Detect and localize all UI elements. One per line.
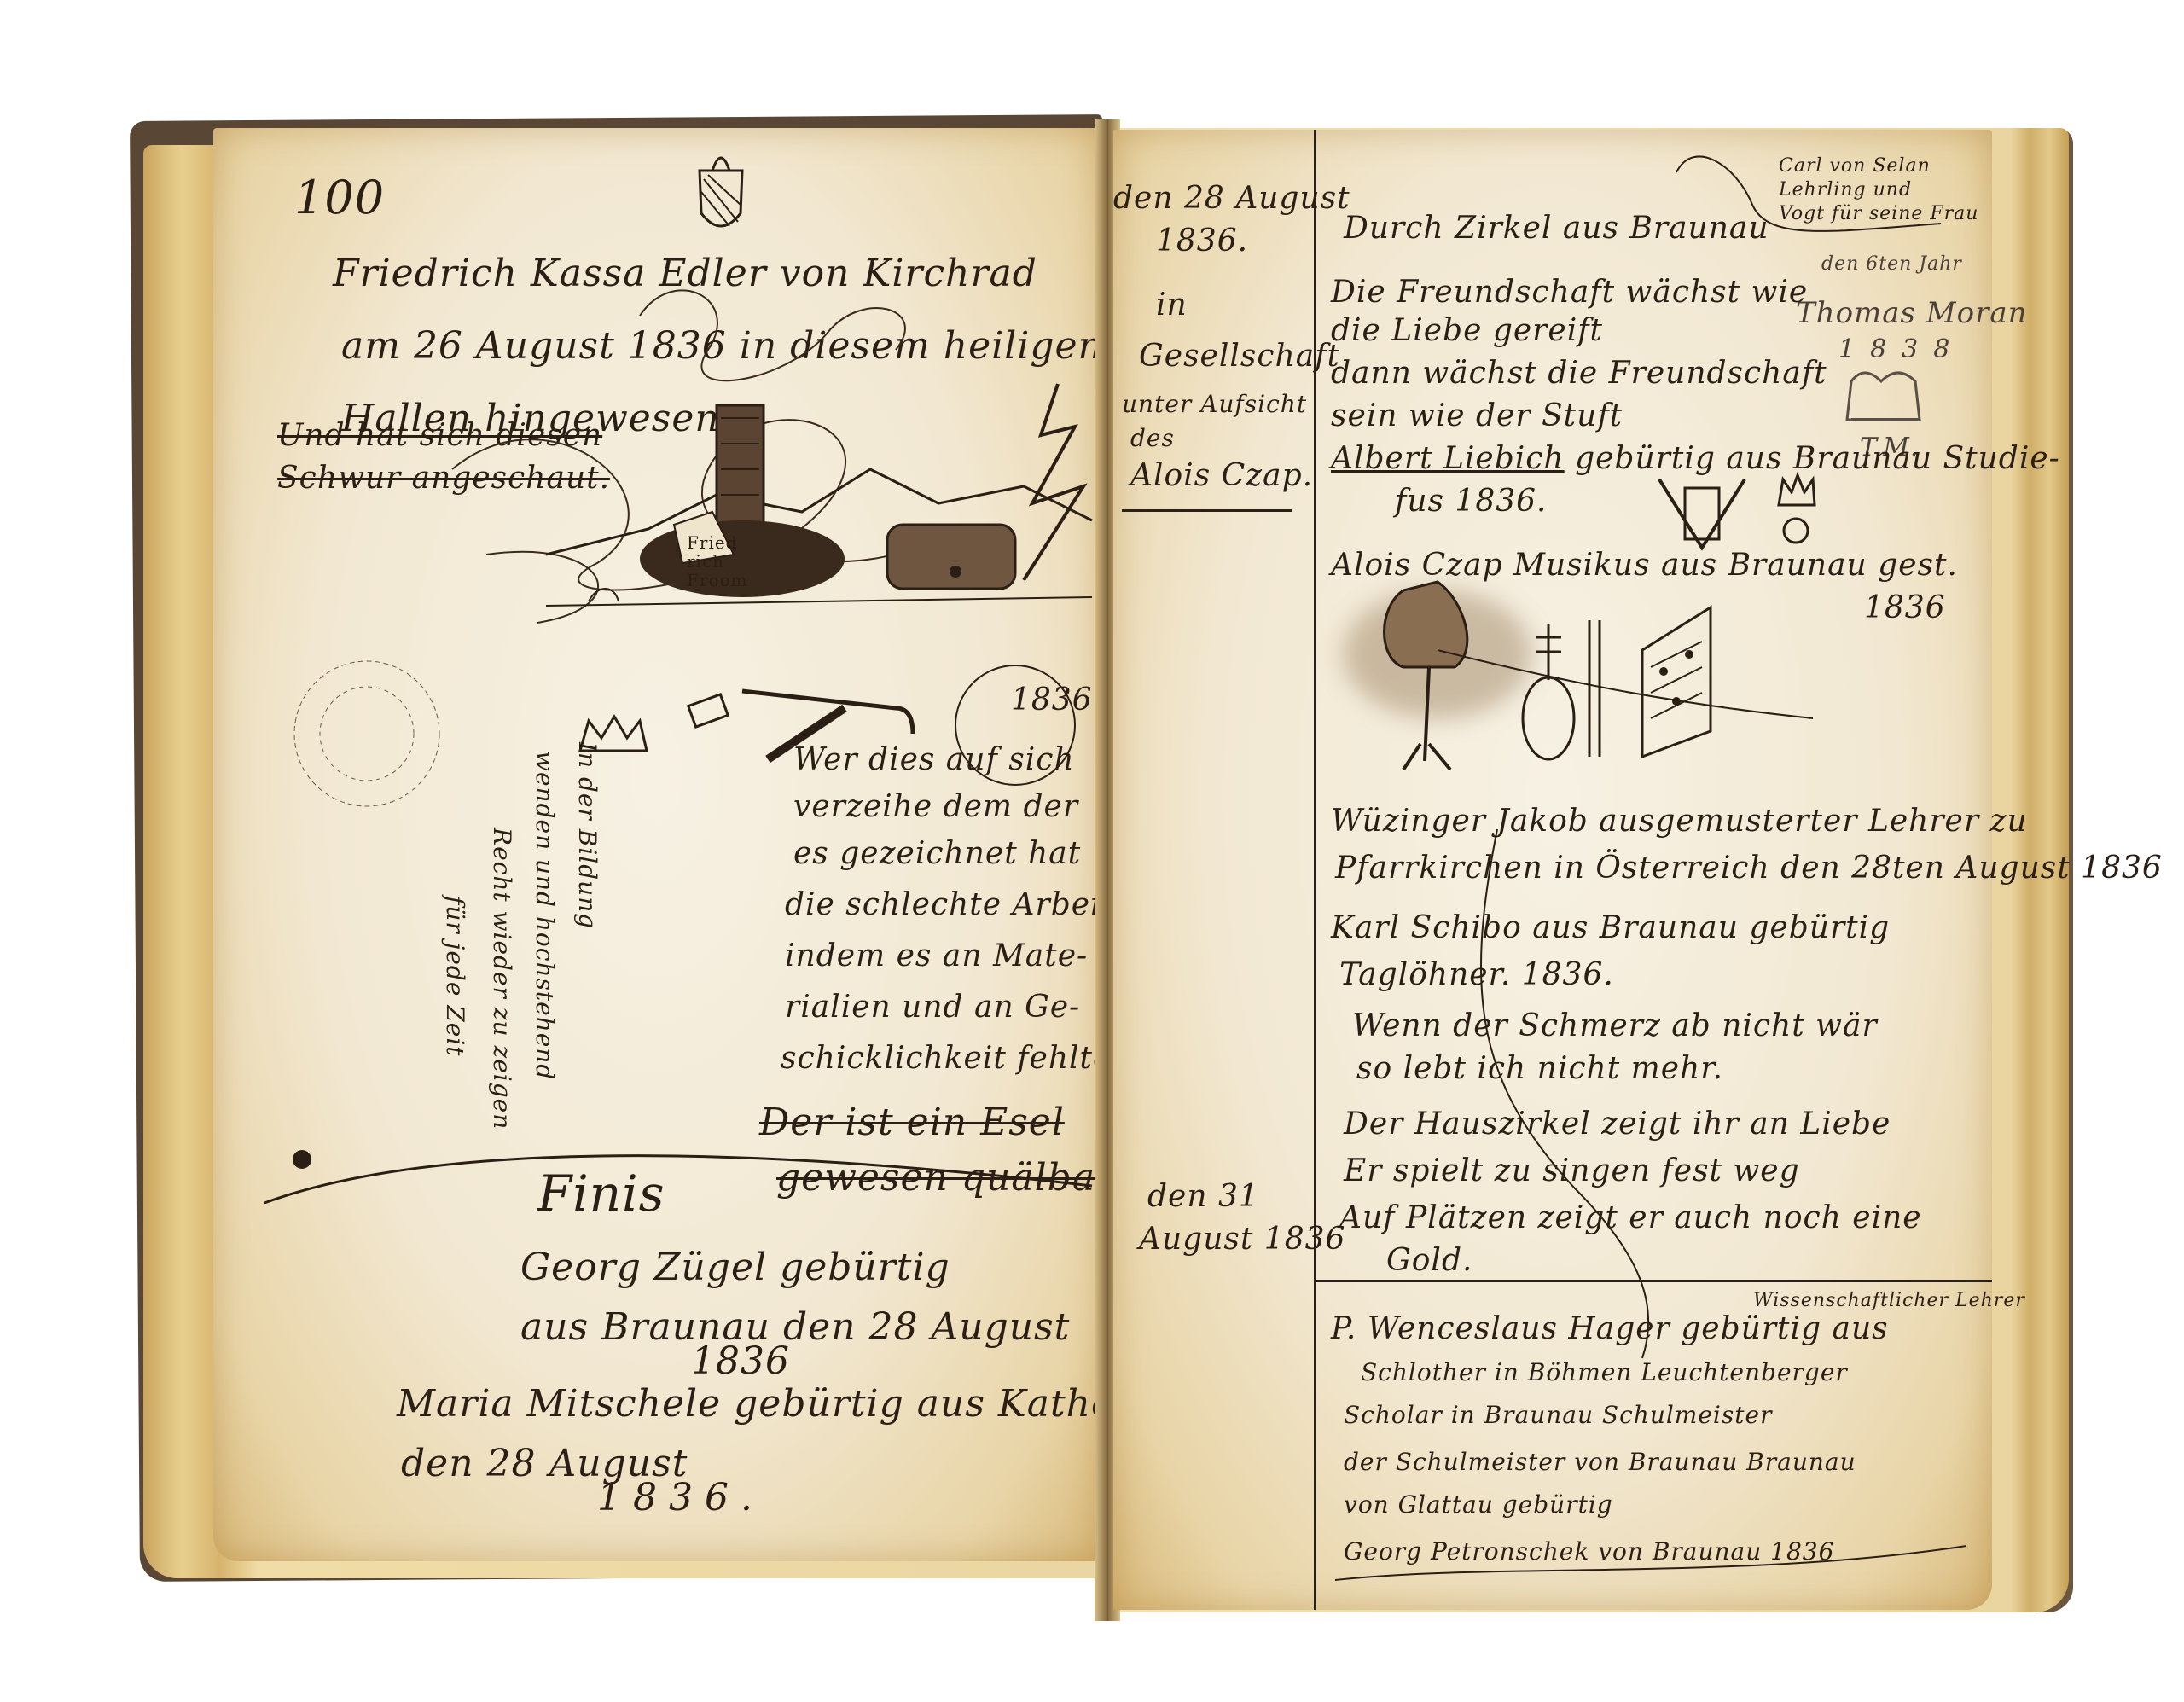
vertical-line: Recht wieder zu zeigen: [488, 828, 516, 1130]
envelope-icon: [688, 694, 728, 727]
rock-inscription-line: Fried: [687, 533, 747, 552]
manuscript-photo: 100 Friedrich Kassa Edler von Kirchrad a…: [0, 0, 2184, 1702]
vertical-line: für jede Zeit: [441, 896, 469, 1057]
page-number: 100: [294, 171, 385, 224]
pencil-signature: Thomas Moran: [1796, 296, 2028, 330]
divider: [1314, 1280, 1992, 1282]
corner-note-2: den 6ten Jahr: [1821, 253, 1962, 275]
vertical-line: In der Bildung: [573, 742, 601, 929]
middle-column-line: in: [1156, 288, 1188, 322]
instrument-sketch: [1369, 573, 1847, 778]
albert-name: Albert Liebich: [1331, 441, 1565, 476]
verse2-line: Gold.: [1386, 1243, 1472, 1278]
verse-line: dann wächst die Freundschaft: [1331, 356, 1827, 391]
wenzel-line: Schlother in Böhmen Leuchtenberger: [1361, 1358, 1848, 1386]
poem-line: die schlechte Arbeit: [785, 887, 1114, 922]
vertical-line: wenden und hochstehend: [531, 751, 559, 1080]
poem-line: es gezeichnet hat: [793, 836, 1081, 871]
divider: [1122, 509, 1292, 512]
middle-column-line: den 28 August: [1113, 181, 1350, 216]
entry-line: aus Braunau den 28 August: [520, 1305, 1070, 1349]
alois-year: 1836: [1864, 590, 1946, 625]
right-page: den 28 August 1836. in Gesellschaft unte…: [1113, 130, 1992, 1610]
middle-column-line: August 1836: [1139, 1222, 1345, 1257]
wenzel-line: P. Wenceslaus Hager gebürtig aus: [1331, 1311, 1889, 1346]
poem-line: Wer dies auf sich: [793, 742, 1075, 777]
jacob-line: Pfarrkirchen in Österreich den 28ten Aug…: [1335, 851, 2163, 886]
middle-column-line: unter Aufsicht: [1122, 390, 1307, 418]
wenzel-line: der Schulmeister von Braunau Braunau: [1344, 1448, 1856, 1476]
coat-of-arms-icon: [691, 145, 751, 239]
ink-blot: [293, 1150, 311, 1169]
circular-inscription-icon: [273, 640, 461, 828]
circle-date: 1836: [1011, 683, 1093, 717]
entry-line: 1836.: [597, 1476, 764, 1519]
wenzel-line: von Glattau gebürtig: [1344, 1490, 1613, 1519]
rock-inscription-line: Froom: [687, 571, 747, 590]
bow-icon: [1589, 620, 1600, 757]
violin-icon: [1523, 677, 1574, 759]
poem-line: rialien und an Ge-: [785, 990, 1080, 1025]
poem-line: schicklichkeit fehlte.: [781, 1041, 1123, 1076]
finis-text: Finis: [537, 1165, 665, 1223]
entry-line: Georg Zügel gebürtig: [520, 1246, 950, 1289]
music-stand-icon: [1642, 607, 1711, 757]
verse-line: sein wie der Stuft: [1331, 398, 1623, 433]
rock-inscription-line: rich: [687, 552, 747, 571]
entry-line: 1836: [691, 1339, 790, 1383]
middle-column-line: 1836.: [1156, 224, 1248, 258]
poem-line: indem es an Mate-: [785, 938, 1088, 973]
albert-line2: fus 1836.: [1395, 484, 1548, 519]
middle-column-line: den 31: [1147, 1179, 1259, 1214]
wenzel-note: Wissenschaftlicher Lehrer: [1753, 1290, 2025, 1311]
middle-column-line: des: [1130, 424, 1175, 452]
crown-icon: [1838, 360, 1932, 437]
flourish-icon: [1472, 829, 1728, 1358]
rock-inscription: Fried rich Froom: [687, 533, 747, 590]
bottom-flourish: [1318, 1529, 1984, 1597]
landscape-sketch: [546, 384, 1092, 640]
middle-column-line: Gesellschaft: [1139, 339, 1340, 374]
entry-line: Maria Mitschele gebürtig aus Katholitz: [397, 1382, 1177, 1426]
poem-line: verzeihe dem der: [793, 789, 1078, 824]
wenzel-line: Scholar in Braunau Schulmeister: [1344, 1401, 1772, 1429]
left-page: 100 Friedrich Kassa Edler von Kirchrad a…: [213, 128, 1101, 1561]
corner-note-flourish: [1659, 147, 1966, 249]
middle-column-line: Alois Czap.: [1130, 458, 1313, 493]
verse-line: die Liebe gereift: [1331, 313, 1603, 348]
verse-line: Die Freundschaft wächst wie: [1331, 275, 1808, 310]
